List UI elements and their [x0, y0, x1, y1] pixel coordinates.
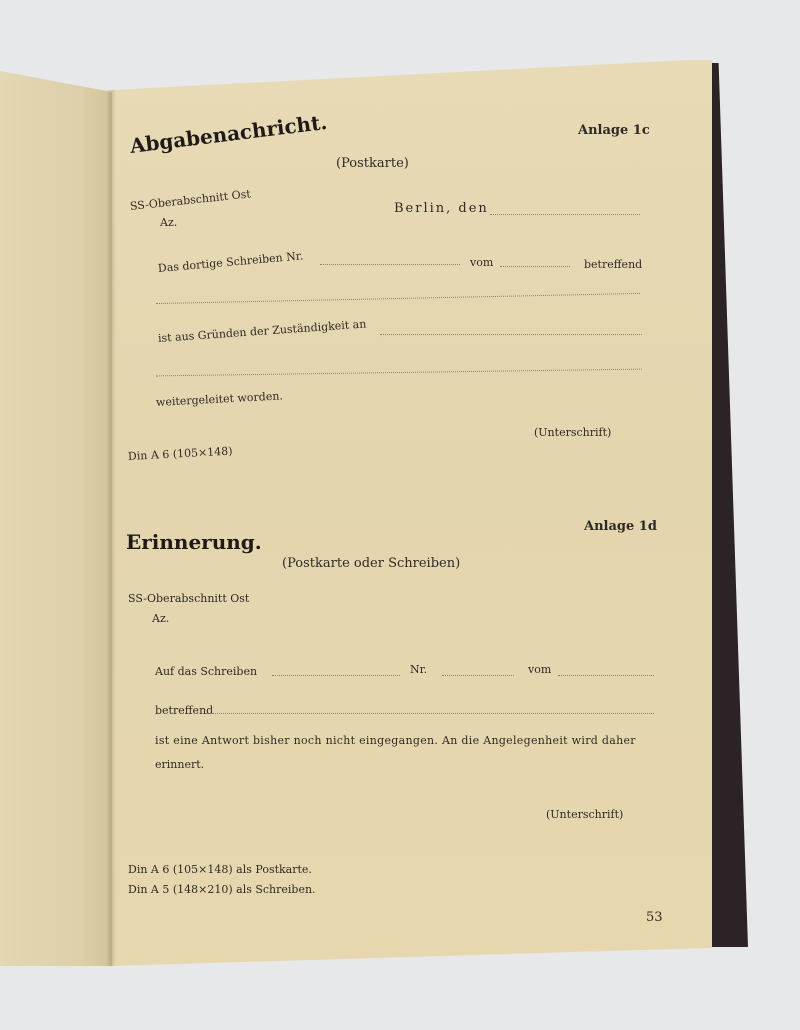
section-2-title: Erinnerung.	[126, 530, 262, 554]
section-1-line-1-suffix: betreffend	[584, 258, 642, 271]
section-2-reference: Az.	[152, 612, 169, 625]
date-field-line	[490, 214, 640, 215]
page-number: 53	[646, 910, 663, 925]
section-1-reference: Az.	[160, 216, 177, 229]
section-2-sender: SS-Oberabschnitt Ost	[128, 592, 249, 605]
letter-number-field-line	[320, 264, 460, 265]
section-2-line-3: ist eine Antwort bisher noch nicht einge…	[155, 734, 636, 747]
section-1-subtitle: (Postkarte)	[336, 156, 409, 171]
section-2-line-1-prefix: Auf das Schreiben	[155, 665, 257, 678]
section-1-line-1-vom: vom	[470, 256, 493, 269]
subject-field-line-2	[206, 713, 654, 714]
book-gutter	[106, 90, 116, 966]
section-2-line-4: erinnert.	[155, 758, 204, 771]
section-2-line-1-vom: vom	[528, 663, 551, 676]
section-2-signature: (Unterschrift)	[546, 808, 623, 821]
section-2-format-note-2: Din A 5 (148×210) als Schreiben.	[128, 883, 316, 896]
section-2-line-2-prefix: betreffend	[155, 704, 213, 717]
vom-field-line	[500, 266, 570, 267]
nr-field-line	[442, 675, 514, 676]
vom-field-line-2	[558, 675, 654, 676]
section-1-signature: (Unterschrift)	[534, 426, 611, 439]
section-2-format-note-1: Din A 6 (105×148) als Postkarte.	[128, 863, 312, 876]
forwarded-to-field-line	[380, 334, 642, 335]
section-1-place-date: Berlin, den	[394, 201, 489, 216]
letter-field-line	[272, 675, 400, 676]
left-page	[0, 68, 112, 966]
section-2-annex-label: Anlage 1d	[584, 519, 657, 534]
section-1-annex-label: Anlage 1c	[578, 123, 650, 138]
book-cover-edge	[706, 63, 748, 947]
section-2-subtitle: (Postkarte oder Schreiben)	[282, 556, 460, 571]
section-2-line-1-nr: Nr.	[410, 663, 427, 676]
